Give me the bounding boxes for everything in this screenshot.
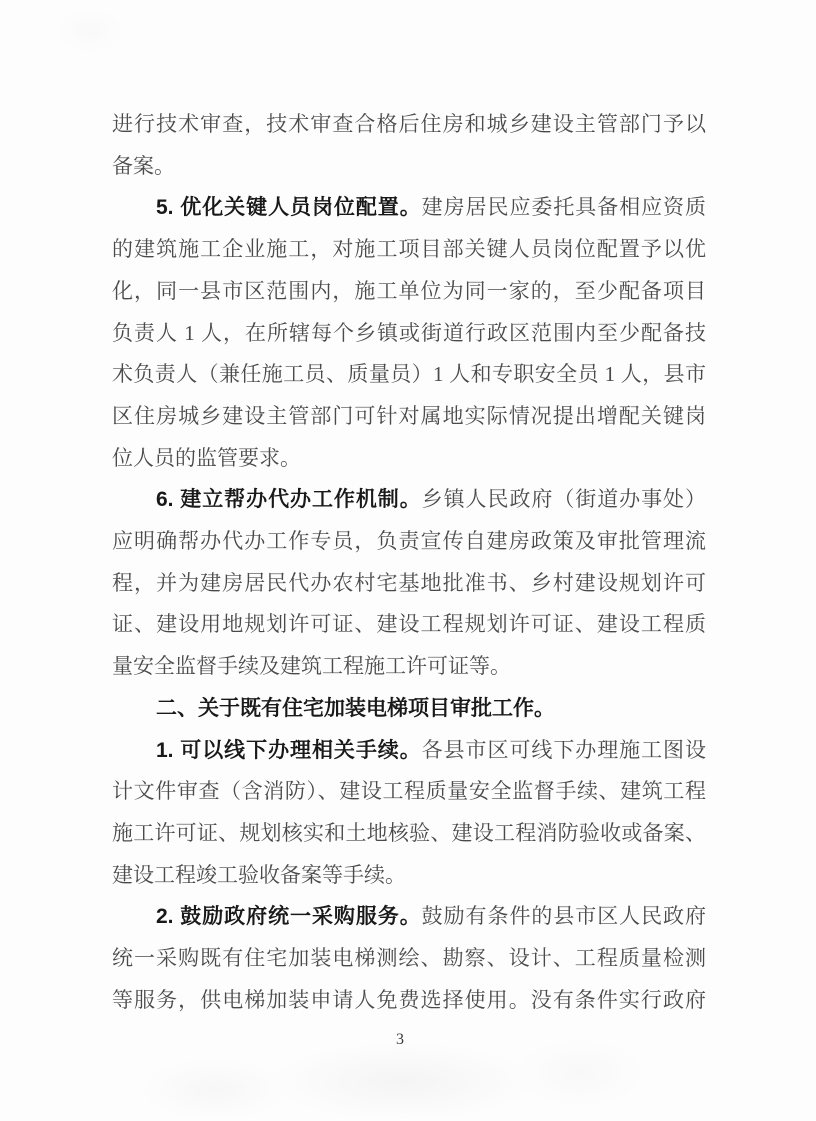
text-segment: 建房居民应委托具备相应资质 (422, 195, 706, 219)
text-line: 进行技术审查，技术审查合格后住房和城乡建设主管部门予以 (112, 104, 706, 146)
text-segment: 鼓励有条件的县市区人民政府 (422, 904, 706, 928)
text-line: 应明确帮办代办工作专员，负责宣传自建房政策及审批管理流 (112, 521, 706, 563)
text-line: 量安全监督手续及建筑工程施工许可证等。 (112, 646, 706, 688)
text-line: 建设工程竣工验收备案等手续。 (112, 855, 706, 897)
text-segment: 化，同一县市区范围内，施工单位为同一家的，至少配备项目 (112, 279, 706, 303)
text-segment: 乡镇人民政府（街道办事处） (422, 487, 706, 511)
text-segment: 建设工程竣工验收备案等手续。 (112, 863, 406, 887)
scan-smudge (55, 8, 125, 53)
text-line-heading-5: 5. 优化关键人员岗位配置。建房居民应委托具备相应资质 (112, 187, 706, 229)
text-line: 术负责人（兼任施工员、质量员）1 人和专职安全员 1 人，县市 (112, 354, 706, 396)
text-segment: 等服务，供电梯加装申请人免费选择使用。没有条件实行政府 (112, 988, 706, 1012)
scan-smudge (515, 1038, 645, 1108)
text-line: 等服务，供电梯加装申请人免费选择使用。没有条件实行政府 (112, 980, 706, 1022)
scan-smudge (268, 1042, 538, 1121)
text-line: 程，并为建房居民代办农村宅基地批准书、乡村建设规划许可 (112, 563, 706, 605)
text-segment: 区住房城乡建设主管部门可针对属地实际情况提出增配关键岗 (112, 404, 706, 428)
text-line: 统一采购既有住宅加装电梯测绘、勘察、设计、工程质量检测 (112, 938, 706, 980)
text-segment: 计文件审查（含消防）、建设工程质量安全监督手续、建筑工程 (112, 779, 706, 803)
text-line: 化，同一县市区范围内，施工单位为同一家的，至少配备项目 (112, 271, 706, 313)
text-segment: 施工许可证、规划核实和土地核验、建设工程消防验收或备案、 (112, 821, 706, 845)
scan-smudge (140, 1058, 290, 1121)
text-line: 计文件审查（含消防）、建设工程质量安全监督手续、建筑工程 (112, 771, 706, 813)
text-line: 施工许可证、规划核实和土地核验、建设工程消防验收或备案、 (112, 813, 706, 855)
text-line-heading-2b: 2. 鼓励政府统一采购服务。鼓励有条件的县市区人民政府 (112, 896, 706, 938)
document-page: 进行技术审查，技术审查合格后住房和城乡建设主管部门予以 备案。 5. 优化关键人… (0, 0, 816, 1121)
text-line-heading-1: 1. 可以线下办理相关手续。各县市区可线下办理施工图设 (112, 730, 706, 772)
text-segment: 术负责人（兼任施工员、质量员）1 人和专职安全员 1 人，县市 (112, 362, 706, 386)
text-segment: 进行技术审查，技术审查合格后住房和城乡建设主管部门予以 (112, 112, 706, 136)
text-segment: 各县市区可线下办理施工图设 (422, 738, 706, 762)
bold-segment: 2. 鼓励政府统一采购服务。 (156, 905, 422, 928)
page-number: 3 (384, 1031, 416, 1049)
text-segment: 证、建设用地规划许可证、建设工程规划许可证、建设工程质 (112, 612, 706, 636)
text-line-heading-6: 6. 建立帮办代办工作机制。乡镇人民政府（街道办事处） (112, 479, 706, 521)
text-segment: 应明确帮办代办工作专员，负责宣传自建房政策及审批管理流 (112, 529, 706, 553)
text-segment: 负责人 1 人，在所辖每个乡镇或街道行政区范围内至少配备技 (112, 321, 706, 345)
text-segment: 程，并为建房居民代办农村宅基地批准书、乡村建设规划许可 (112, 571, 706, 595)
text-line: 负责人 1 人，在所辖每个乡镇或街道行政区范围内至少配备技 (112, 313, 706, 355)
text-line: 证、建设用地规划许可证、建设工程规划许可证、建设工程质 (112, 604, 706, 646)
text-line: 的建筑施工企业施工，对施工项目部关键人员岗位配置予以优 (112, 229, 706, 271)
text-segment: 位人员的监管要求。 (112, 446, 301, 470)
bold-segment: 二、关于既有住宅加装电梯项目审批工作。 (156, 697, 555, 720)
text-line: 区住房城乡建设主管部门可针对属地实际情况提出增配关键岗 (112, 396, 706, 438)
bold-segment: 5. 优化关键人员岗位配置。 (156, 196, 422, 219)
section-heading-2: 二、关于既有住宅加装电梯项目审批工作。 (112, 688, 706, 730)
text-segment: 的建筑施工企业施工，对施工项目部关键人员岗位配置予以优 (112, 237, 706, 261)
bold-segment: 1. 可以线下办理相关手续。 (156, 739, 422, 762)
document-body: 进行技术审查，技术审查合格后住房和城乡建设主管部门予以 备案。 5. 优化关键人… (112, 104, 706, 1021)
text-segment: 量安全监督手续及建筑工程施工许可证等。 (112, 654, 511, 678)
text-line: 位人员的监管要求。 (112, 438, 706, 480)
text-line: 备案。 (112, 146, 706, 188)
text-segment: 统一采购既有住宅加装电梯测绘、勘察、设计、工程质量检测 (112, 946, 706, 970)
text-segment: 备案。 (112, 154, 175, 178)
bold-segment: 6. 建立帮办代办工作机制。 (156, 488, 422, 511)
